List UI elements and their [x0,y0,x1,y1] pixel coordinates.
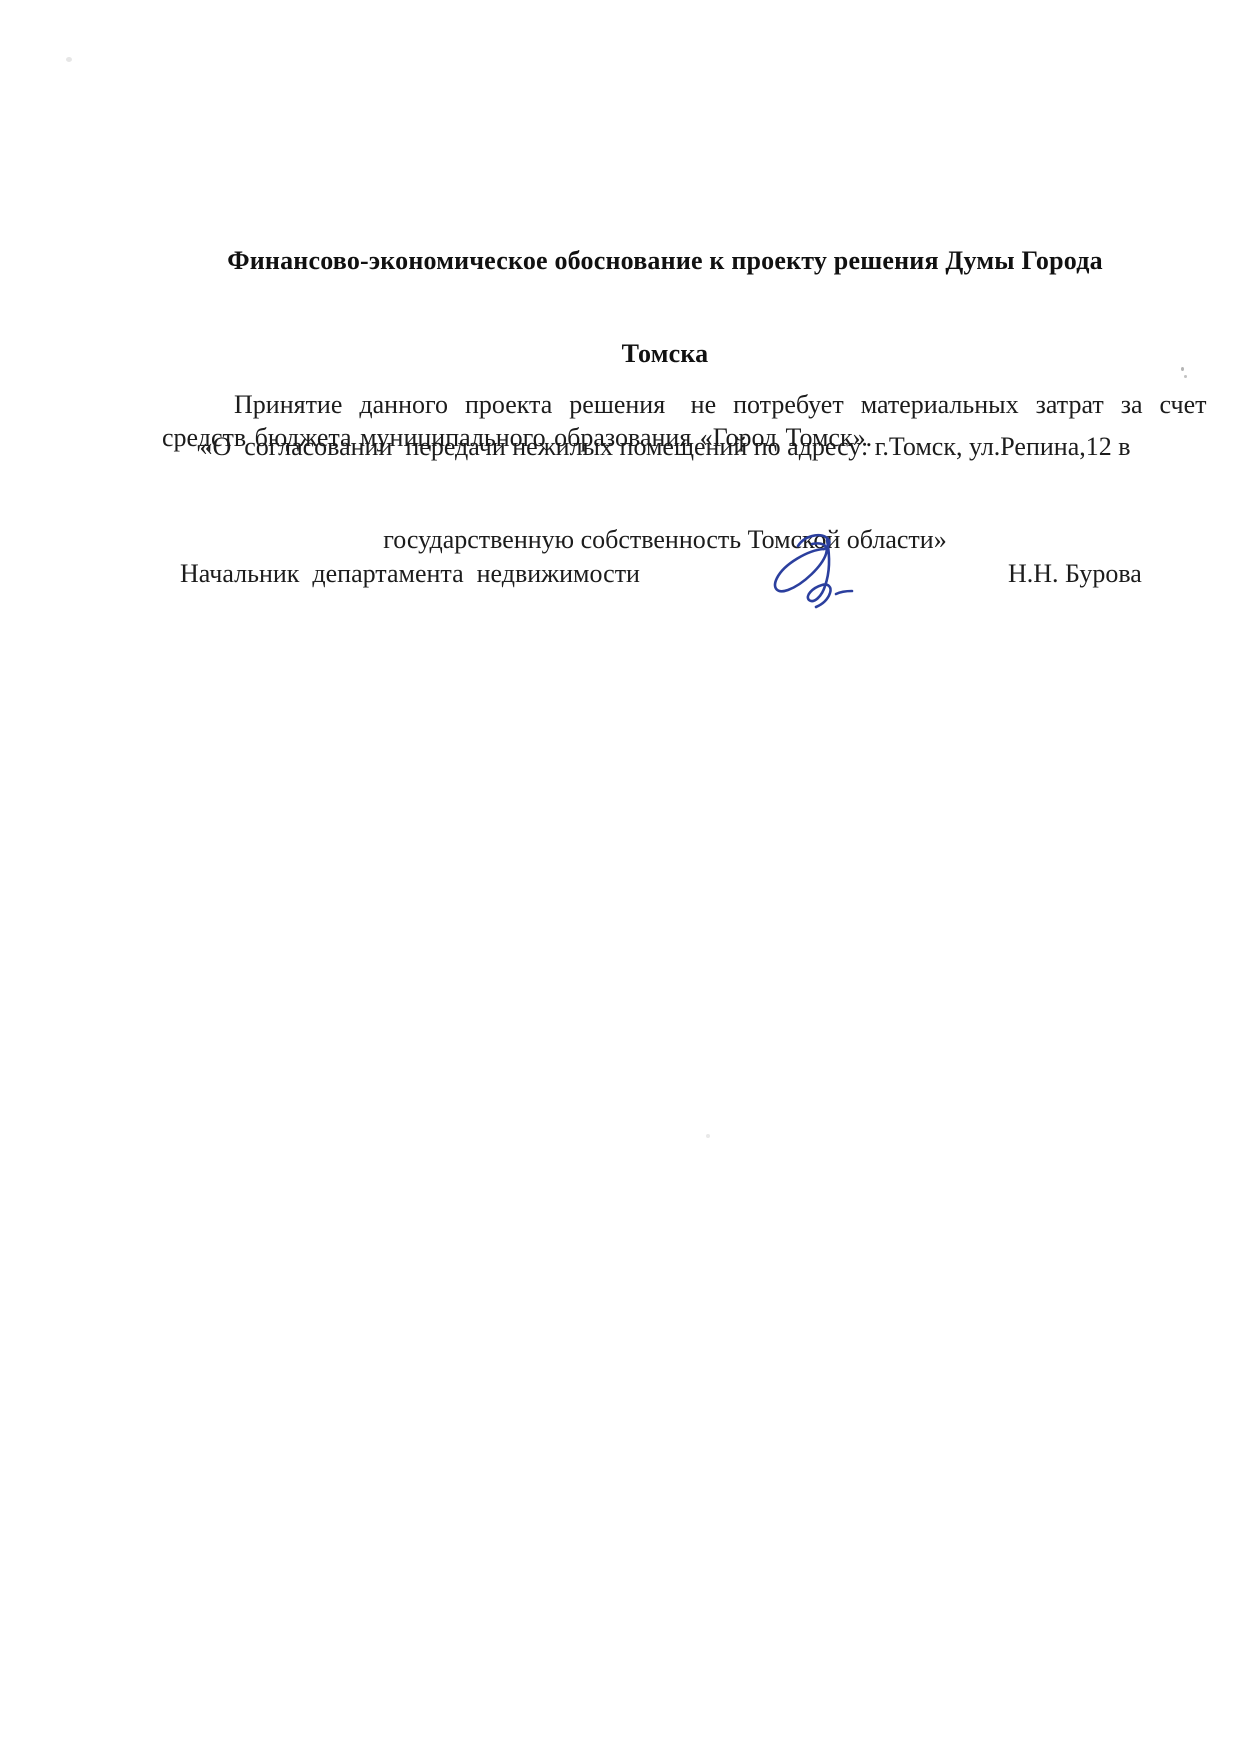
document-subtitle-line-2: государственную собственность Томской об… [160,524,1170,555]
document-title-line-2: Томска [160,338,1170,369]
body-paragraph: Принятие данного проекта решения не потр… [162,389,1182,454]
handwritten-signature-icon [764,529,858,617]
scanned-document-page: Финансово-экономическое обоснование к пр… [0,0,1240,1753]
signer-name: Н.Н. Бурова [1008,559,1142,589]
scan-speck [1181,367,1184,371]
body-paragraph-line-1: Принятие данного проекта решения не потр… [162,389,1182,422]
scan-speck [66,57,72,62]
scan-speck [706,1134,710,1138]
document-title-line-1: Финансово-экономическое обоснование к пр… [160,245,1170,276]
scan-speck [1184,375,1187,378]
body-paragraph-line-2: средств бюджета муниципального образован… [162,422,1182,455]
signer-position-label: Начальник департамента недвижимости [180,559,640,589]
signature-row: Начальник департамента недвижимости Н.Н.… [0,559,1240,599]
